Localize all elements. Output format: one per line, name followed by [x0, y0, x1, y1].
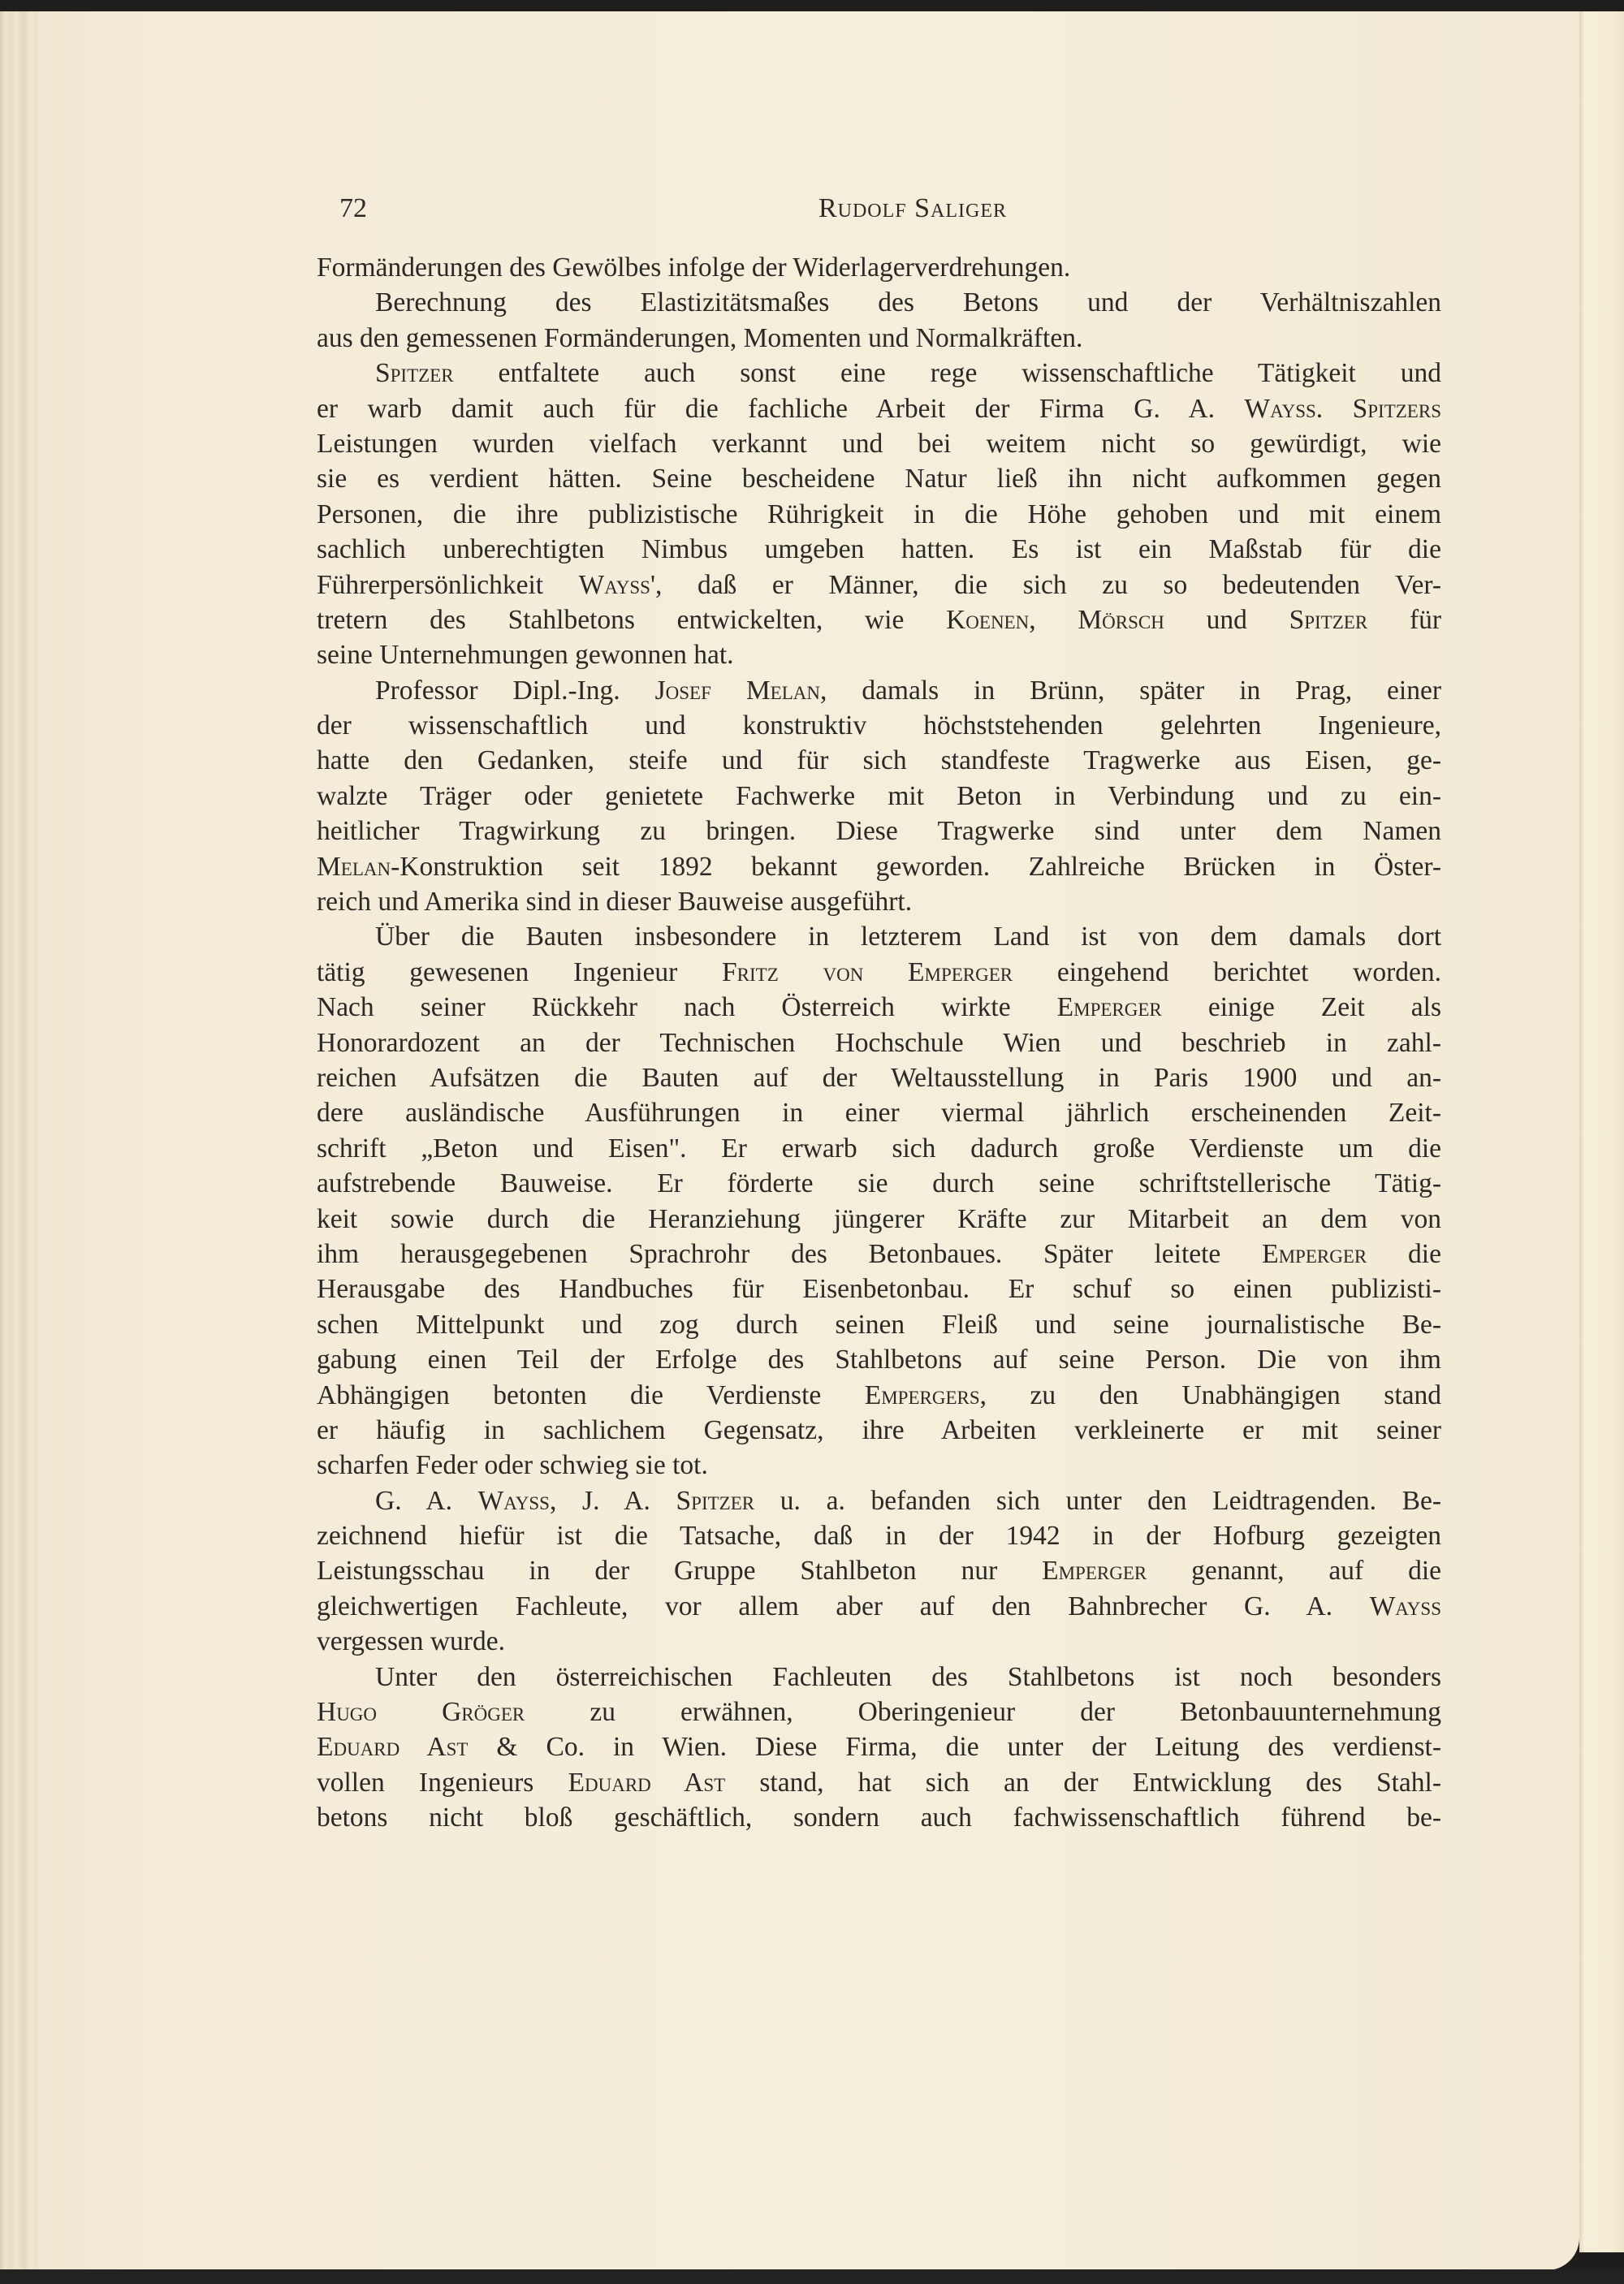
person-name-small-caps: Wayss: [579, 570, 650, 600]
text-line: gabung einen Teil der Erfolge des Stahlb…: [317, 1342, 1441, 1377]
text-line: Leistungsschau in der Gruppe Stahlbeton …: [317, 1553, 1441, 1588]
text-line: vollen Ingenieurs Eduard Ast stand, hat …: [317, 1765, 1441, 1800]
text-line: keit sowie durch die Heranziehung jünger…: [317, 1202, 1441, 1237]
text-line: Führerpersönlichkeit Wayss', daß er Männ…: [317, 568, 1441, 602]
person-name-small-caps: Empergers: [865, 1380, 980, 1410]
text-line: scharfen Feder oder schwieg sie tot.: [317, 1448, 1441, 1483]
text-line: Spitzer entfaltete auch sonst eine rege …: [317, 356, 1441, 391]
running-title-author: Rudolf Saliger: [339, 193, 1486, 224]
text-line: Melan-Konstruktion seit 1892 bekannt gew…: [317, 849, 1441, 884]
person-name-small-caps: Fritz von Emperger: [722, 957, 1013, 987]
text-line: Hugo Gröger zu erwähnen, Oberingenieur d…: [317, 1695, 1441, 1729]
text-line: Herausgabe des Handbuches für Eisenbeton…: [317, 1272, 1441, 1306]
text-line: ihm herausgegebenen Sprachrohr des Beton…: [317, 1237, 1441, 1272]
text-line: reichen Aufsätzen die Bauten auf der Wel…: [317, 1060, 1441, 1095]
person-name-small-caps: Eduard Ast: [317, 1732, 468, 1762]
text-line: Leistungen wurden vielfach verkannt und …: [317, 426, 1441, 461]
text-line: Personen, die ihre publizistische Rührig…: [317, 497, 1441, 532]
text-line: zeichnend hiefür ist die Tatsache, daß i…: [317, 1518, 1441, 1553]
text-line: Berechnung des Elastizitätsmaßes des Bet…: [317, 285, 1441, 320]
text-line: sie es verdient hätten. Seine bescheiden…: [317, 461, 1441, 496]
text-line: vergessen wurde.: [317, 1624, 1441, 1659]
person-name-small-caps: Emperger: [1262, 1239, 1367, 1269]
person-name-small-caps: Koenen: [946, 605, 1029, 635]
text-line: Professor Dipl.-Ing. Josef Melan, damals…: [317, 673, 1441, 708]
text-line: Nach seiner Rückkehr nach Österreich wir…: [317, 990, 1441, 1025]
person-name-small-caps: Emperger: [1042, 1556, 1147, 1586]
text-line: der wissenschaftlich und konstruktiv höc…: [317, 708, 1441, 743]
person-name-small-caps: J. A. Spitzer: [582, 1486, 754, 1516]
page-content: 72 Rudolf Saliger Formänderungen des Gew…: [0, 0, 1624, 2284]
text-line: betons nicht bloß geschäftlich, sondern …: [317, 1800, 1441, 1835]
text-line: Abhängigen betonten die Verdienste Emper…: [317, 1378, 1441, 1413]
person-name-small-caps: Mörsch: [1078, 605, 1164, 635]
text-line: reich und Amerika sind in dieser Bauweis…: [317, 884, 1441, 919]
text-line: sachlich unberechtigten Nimbus umgeben h…: [317, 532, 1441, 567]
text-line: Eduard Ast & Co. in Wien. Diese Firma, d…: [317, 1729, 1441, 1764]
person-name-small-caps: Spitzers: [1353, 394, 1441, 424]
text-line: hatte den Gedanken, steife und für sich …: [317, 743, 1441, 778]
text-line: dere ausländische Ausführungen in einer …: [317, 1095, 1441, 1130]
text-line: aus den gemessenen Formänderungen, Momen…: [317, 321, 1441, 356]
text-line: tätig gewesenen Ingenieur Fritz von Empe…: [317, 955, 1441, 990]
person-name-small-caps: Emperger: [1057, 992, 1162, 1022]
person-name-small-caps: Spitzer: [375, 358, 454, 388]
running-head: 72 Rudolf Saliger: [339, 193, 1486, 226]
text-line: Honorardozent an der Technischen Hochsch…: [317, 1025, 1441, 1060]
text-line: Über die Bauten insbesondere in letztere…: [317, 919, 1441, 954]
person-name-small-caps: Spitzer: [1289, 605, 1368, 635]
text-line: heitlicher Tragwirkung zu bringen. Diese…: [317, 814, 1441, 848]
text-line: tretern des Stahlbetons entwickelten, wi…: [317, 602, 1441, 637]
person-name-small-caps: Wayss: [1370, 1591, 1441, 1621]
body-text: Formänderungen des Gewölbes infolge der …: [317, 250, 1441, 1836]
text-line: seine Unternehmungen gewonnen hat.: [317, 637, 1441, 672]
text-line: Unter den österreichischen Fachleuten de…: [317, 1660, 1441, 1695]
text-line: aufstrebende Bauweise. Er förderte sie d…: [317, 1166, 1441, 1201]
text-line: schen Mittelpunkt und zog durch seinen F…: [317, 1307, 1441, 1342]
person-name-small-caps: Hugo Gröger: [317, 1697, 525, 1727]
text-line: G. A. Wayss, J. A. Spitzer u. a. befande…: [317, 1483, 1441, 1518]
text-line: er häufig in sachlichem Gegensatz, ihre …: [317, 1413, 1441, 1448]
person-name-small-caps: Wayss: [478, 1486, 550, 1516]
person-name-small-caps: Melan: [317, 852, 391, 882]
text-line: Formänderungen des Gewölbes infolge der …: [317, 250, 1441, 285]
text-line: gleichwertigen Fachleute, vor allem aber…: [317, 1589, 1441, 1624]
person-name-small-caps: Eduard Ast: [568, 1768, 726, 1798]
person-name-small-caps: Wayss: [1244, 394, 1315, 424]
text-line: schrift „Beton und Eisen". Er erwarb sic…: [317, 1131, 1441, 1166]
text-line: walzte Träger oder genietete Fachwerke m…: [317, 779, 1441, 814]
text-line: er warb damit auch für die fachliche Arb…: [317, 391, 1441, 426]
person-name-small-caps: Josef Melan: [655, 676, 820, 706]
